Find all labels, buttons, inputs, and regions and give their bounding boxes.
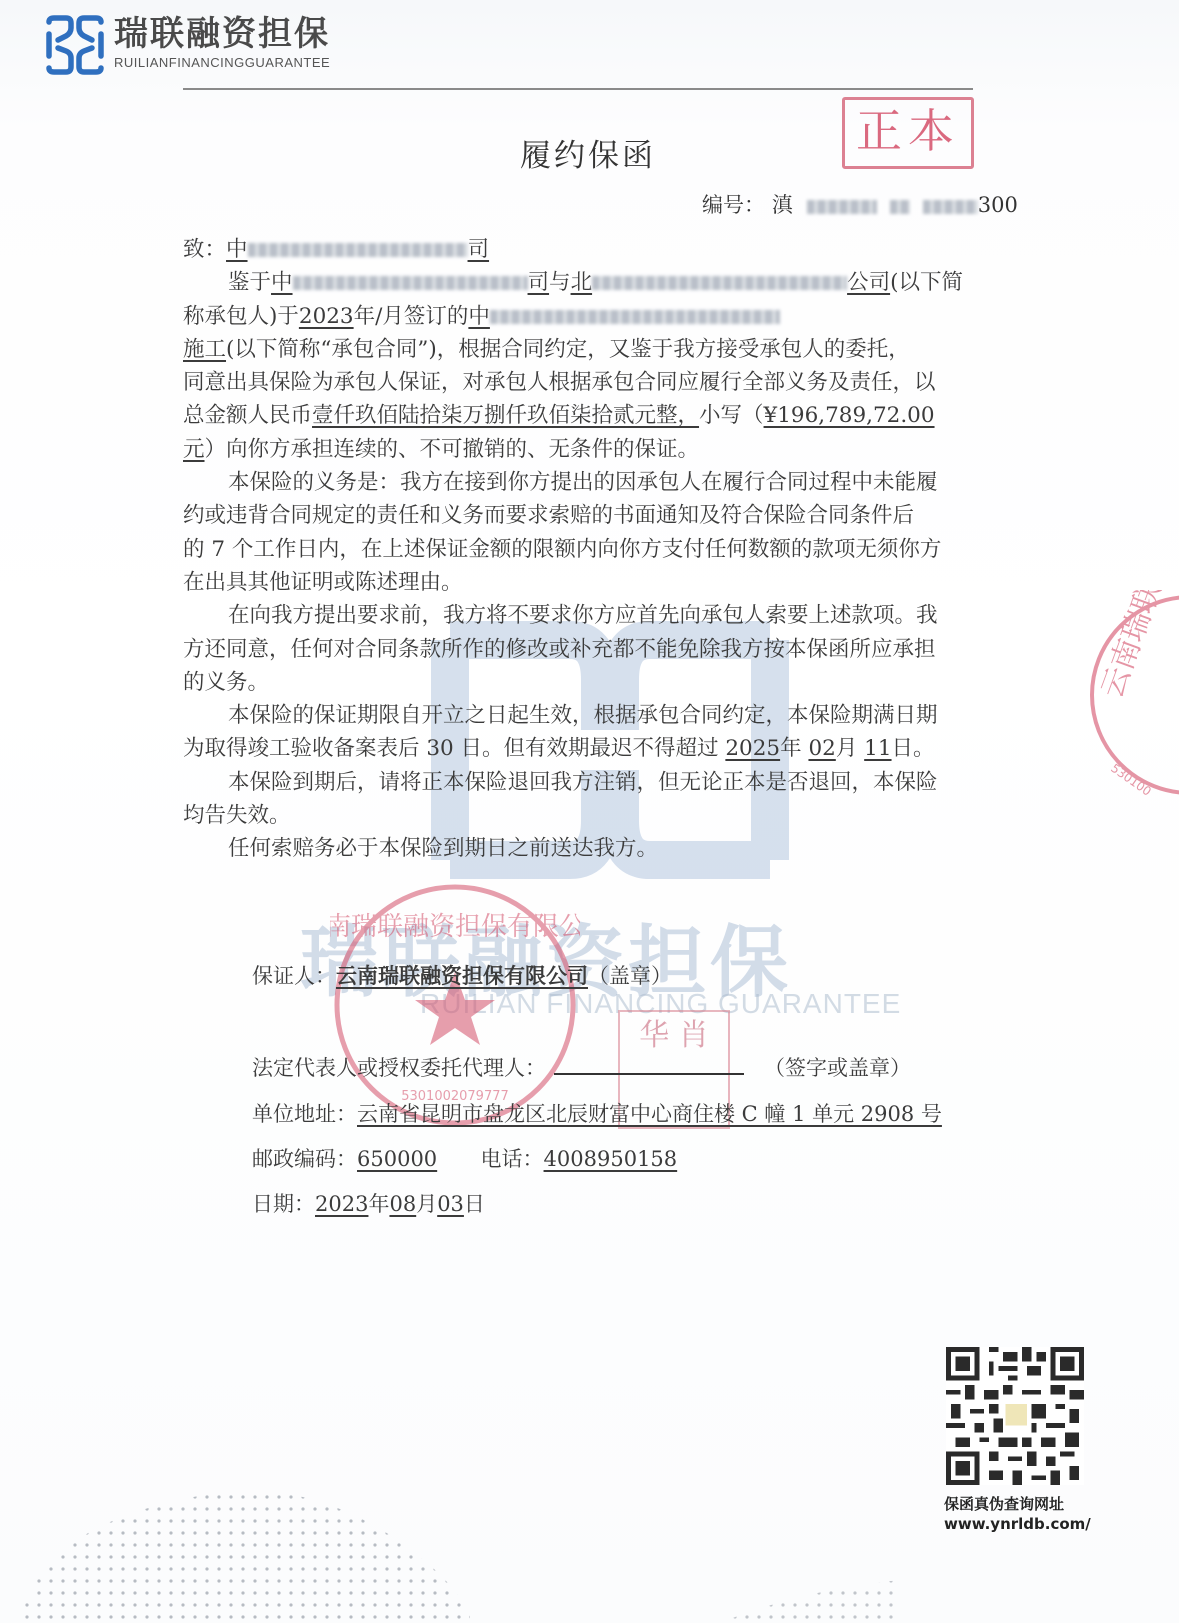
- paragraph-2-line: 本保险的义务是：我方在接到你方提出的因承包人在履行合同过程中未能履: [183, 466, 983, 499]
- serial-suffix: 300: [978, 193, 1018, 217]
- paragraph-3-line: 在向我方提出要求前，我方将不要求你方应首先向承包人索要上述款项。我: [183, 599, 983, 632]
- serial-number: 编号： 滇 300: [702, 189, 1018, 219]
- contact-line: 邮政编码：650000 电话：4008950158: [252, 1143, 677, 1173]
- document-page: 瑞联融资担保 RUILIANFINANCINGGUARANTEE 瑞联融资担保 …: [0, 0, 1179, 1623]
- representative-line: 法定代表人或授权委托代理人：（签字或盖章）: [252, 1052, 911, 1082]
- ruilian-logo-icon: [44, 14, 106, 76]
- signature-blank: [554, 1053, 744, 1075]
- paragraph-6-line: 任何索赔务必于本保险到期日之前送达我方。: [183, 832, 983, 865]
- redacted-serial: [890, 200, 910, 214]
- paragraph-2-line: 的 7 个工作日内，在上述保证金额的限额内向你方支付任何数额的款项无须你方: [183, 533, 983, 566]
- serial-prefix: 滇: [772, 193, 793, 217]
- paragraph-5-line: 均告失效。: [183, 799, 983, 832]
- paragraph-5-line: 本保险到期后，请将正本保险退回我方注销，但无论正本是否退回，本保险: [183, 766, 983, 799]
- addressee-name: 中司: [226, 237, 489, 262]
- header-divider: [183, 88, 973, 90]
- redacted-serial: [923, 200, 978, 214]
- paragraph-1-line-6: 元）向你方承担连续的、不可撤销的、无条件的保证。: [183, 433, 983, 466]
- paragraph-1-line-3: 施工(以下简称“承包合同”)，根据合同约定，又鉴于我方接受承包人的委托，: [183, 333, 983, 366]
- paragraph-3-line: 方还同意，任何对合同条款所作的修改或补充都不能免除我方按本保函所应承担: [183, 633, 983, 666]
- expiry-year: 2025: [725, 736, 780, 761]
- paragraph-1-line-2: 称承包人)于2023年/月签订的中: [183, 300, 983, 333]
- amount-number: ¥196,789,72.00: [764, 403, 935, 428]
- paragraph-1-line-1: 鉴于中司与北公司(以下简: [183, 266, 983, 299]
- svg-text:530100: 530100: [1108, 761, 1154, 799]
- phone-number: 4008950158: [544, 1147, 678, 1171]
- guarantor-line: 保证人：云南瑞联融资担保有限公司（盖章）: [252, 960, 672, 990]
- verification-qr-code[interactable]: [946, 1347, 1084, 1485]
- company-address: 云南省昆明市盘龙区北辰财富中心商住楼 C 幢 1 单元 2908 号: [357, 1102, 942, 1126]
- address-line: 单位地址：云南省昆明市盘龙区北辰财富中心商住楼 C 幢 1 单元 2908 号: [252, 1098, 942, 1128]
- redacted-serial: [807, 200, 877, 214]
- decorative-dot-wave-icon: [0, 1470, 1179, 1623]
- company-seal-icon: 云南瑞联融资担保有限公司 5301002079777: [330, 880, 580, 1130]
- addressee-label: 致：: [183, 237, 226, 262]
- paragraph-1-line-4: 同意出具保险为承包人保证，对承包人根据承包合同应履行全部义务及责任，以: [183, 366, 983, 399]
- expiry-month: 02: [808, 736, 835, 761]
- letter-body: 致：中司 鉴于中司与北公司(以下简 称承包人)于2023年/月签订的中 施工(以…: [183, 233, 983, 866]
- logo-english-name: RUILIANFINANCINGGUARANTEE: [114, 55, 330, 70]
- amount-chinese: 壹仟玖佰陆拾柒万捌仟玖佰柒拾贰元整，: [312, 403, 699, 428]
- paragraph-4-line: 本保险的保证期限自开立之日起生效，根据承包合同约定，本保险期满日期: [183, 699, 983, 732]
- edge-seal-icon: 云南瑞联 530100: [1080, 590, 1179, 800]
- postcode: 650000: [357, 1147, 437, 1171]
- guarantor-name: 云南瑞联融资担保有限公司: [336, 963, 588, 988]
- paragraph-2-line: 约或违背合同规定的责任和义务而要求索赔的书面通知及符合保险合同条件后: [183, 499, 983, 532]
- paragraph-3-line: 的义务。: [183, 666, 983, 699]
- serial-label: 编号：: [702, 193, 765, 217]
- paragraph-4-line: 为取得竣工验收备案表后 30 日。但有效期最迟不得超过 2025年 02月 11…: [183, 732, 983, 765]
- original-copy-stamp: 正本: [842, 97, 974, 169]
- addressee-line: 致：中司: [183, 233, 983, 266]
- document-title: 履约保函: [520, 130, 656, 175]
- logo-chinese-name: 瑞联融资担保: [114, 14, 330, 54]
- company-logo: 瑞联融资担保 RUILIANFINANCINGGUARANTEE: [44, 14, 330, 76]
- paragraph-1-line-5: 总金额人民币壹仟玖佰陆拾柒万捌仟玖佰柒拾贰元整，小写（¥196,789,72.0…: [183, 399, 983, 432]
- date-line: 日期：2023年08月03日: [252, 1188, 485, 1218]
- svg-text:云南瑞联融资担保有限公司: 云南瑞联融资担保有限公司: [330, 912, 580, 942]
- paragraph-2-line: 在出具其他证明或陈述理由。: [183, 566, 983, 599]
- expiry-day: 11: [864, 736, 891, 761]
